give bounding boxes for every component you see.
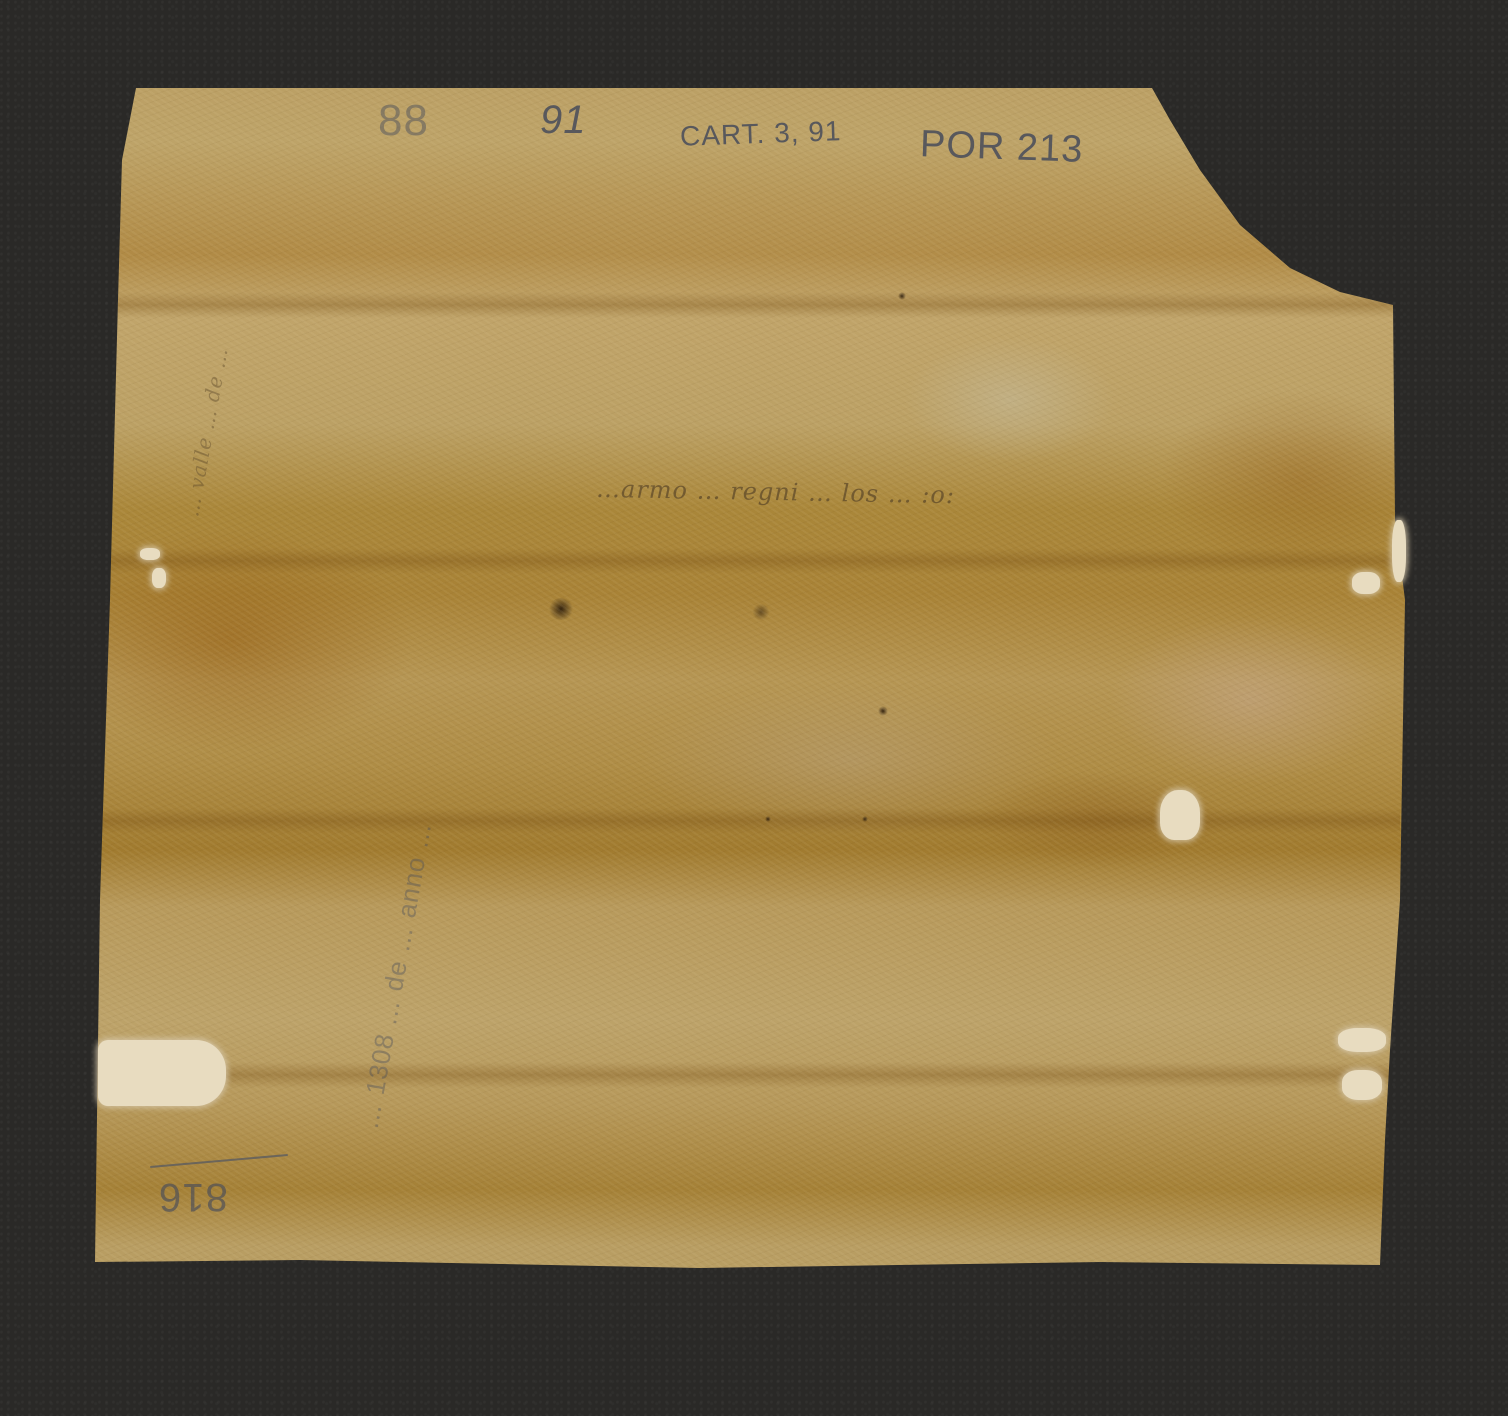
fold-line [100,808,1400,834]
repair-patch [98,1040,226,1106]
cart-reference: CART. 3, 91 [679,115,841,153]
fold-line [100,1062,1400,1088]
number-annotation: 91 [540,98,587,143]
stain-spot [765,816,771,822]
stain-spot [548,598,574,620]
por-reference: POR 213 [919,123,1084,172]
repair-patch [1352,572,1380,594]
fold-line [100,548,1400,574]
repair-patch [1160,790,1200,840]
repair-patch [1342,1070,1382,1100]
stain-spot [898,292,906,300]
stain-spot [878,706,888,716]
repair-patch [1392,520,1406,582]
stain-spot [862,816,868,822]
stain-spot [752,604,770,620]
repair-patch [1338,1028,1386,1052]
parchment-document: 88 91 CART. 3, 91 POR 213 …armo … regni … [0,0,1508,1416]
mounting-board: 88 91 CART. 3, 91 POR 213 …armo … regni … [0,0,1508,1416]
bottom-left-number: 816 [158,1174,228,1219]
repair-patch [140,548,160,560]
repair-patch [152,568,166,588]
fold-line [100,292,1400,318]
old-number-annotation: 88 [378,96,429,146]
